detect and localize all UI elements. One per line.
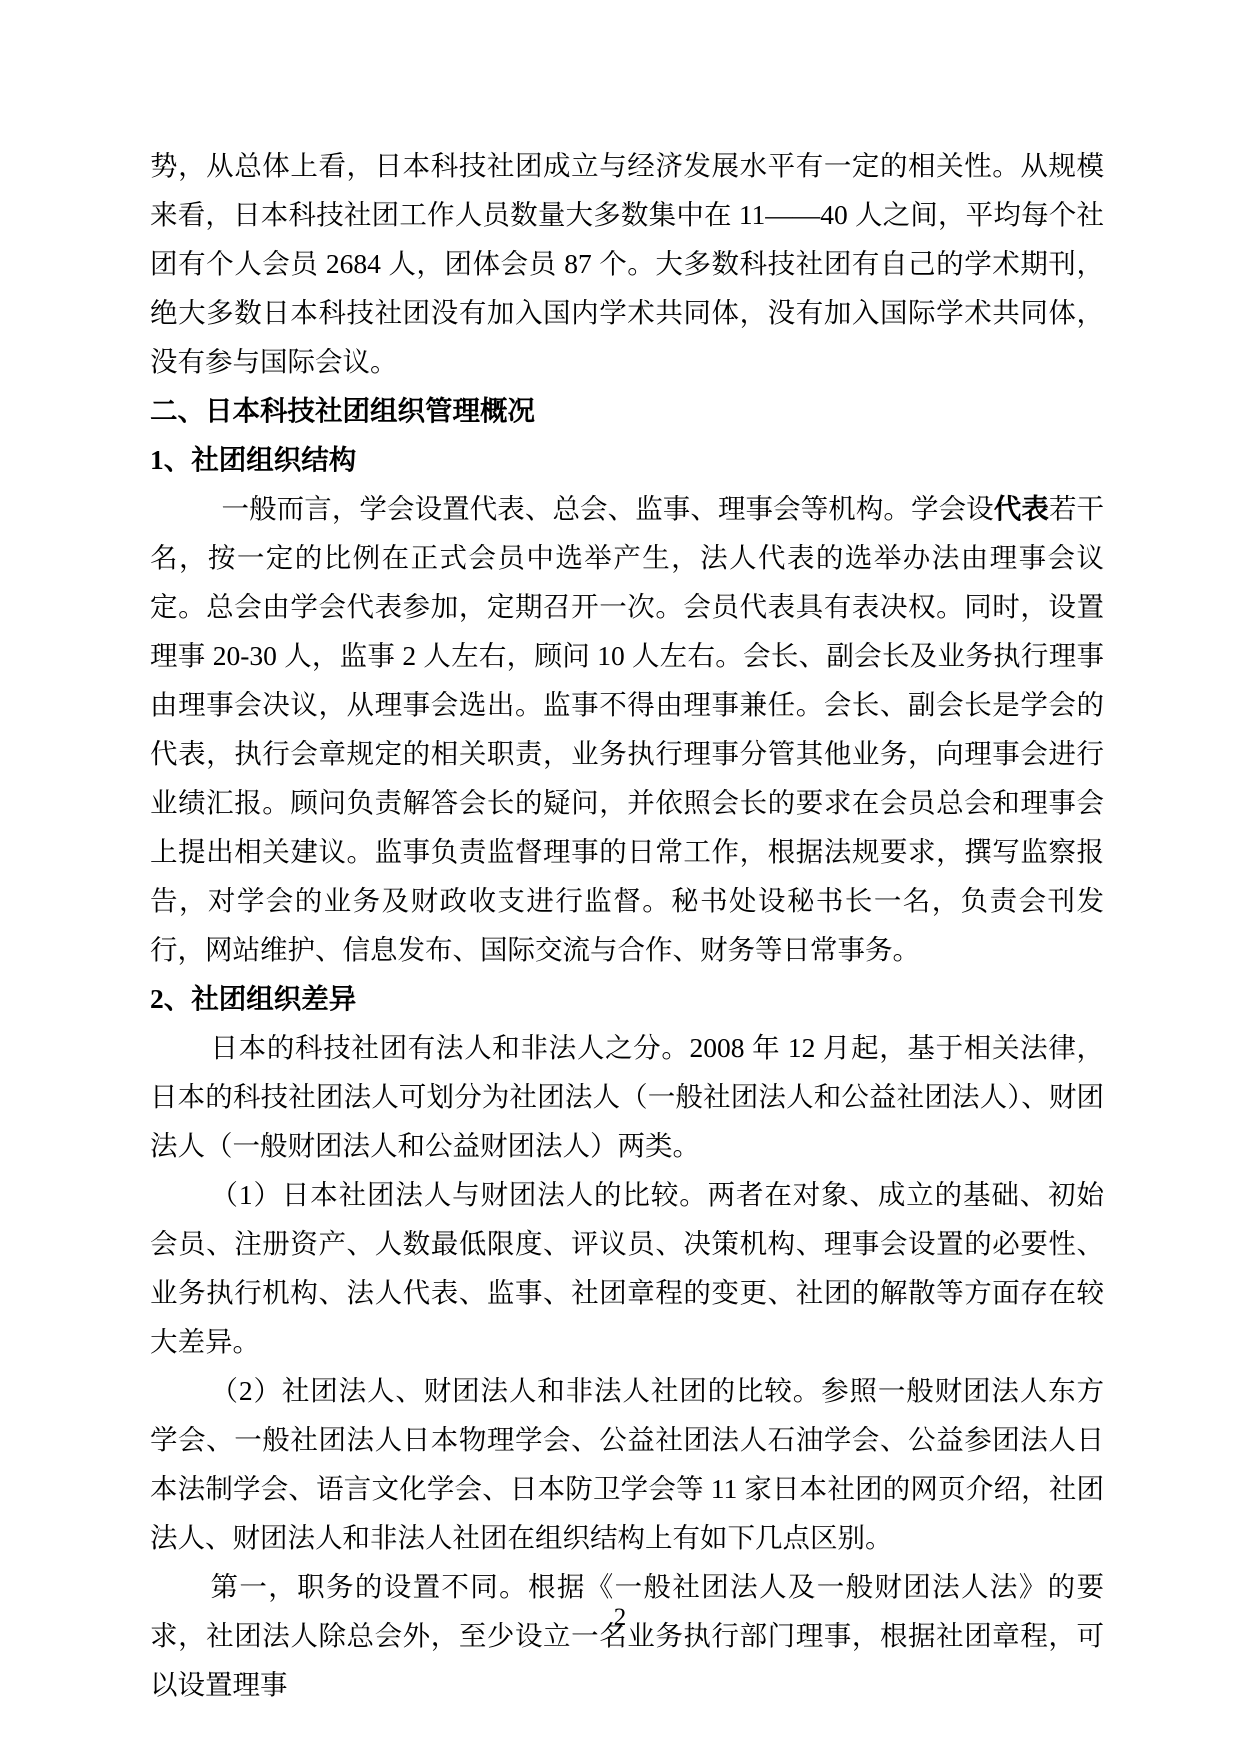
paragraph-comparison-1: （1）日本社团法人与财团法人的比较。两者在对象、成立的基础、初始会员、注册资产、… [150,1170,1104,1366]
paragraph-first-difference: 第一，职务的设置不同。根据《一般社团法人及一般财团法人法》的要求，社团法人除总会… [150,1562,1104,1709]
subsection-heading-1: 1、社团组织结构 [150,435,1104,484]
paragraph-comparison-2: （2）社团法人、财团法人和非法人社团的比较。参照一般财团法人东方学会、一般社团法… [150,1366,1104,1562]
section-heading: 二、日本科技社团组织管理概况 [150,386,1104,435]
document-page: 势，从总体上看，日本科技社团成立与经济发展水平有一定的相关性。从规模来看，日本科… [0,0,1240,1753]
paragraph-org-structure: 一般而言，学会设置代表、总会、监事、理事会等机构。学会设代表若干名，按一定的比例… [150,484,1104,974]
page-number: 2 [0,1603,1240,1633]
paragraph-org-structure-seg3: 若干名，按一定的比例在正式会员中选举产生，法人代表的选举办法由理事会议定。总会由… [150,493,1104,965]
paragraph-legal-types: 日本的科技社团有法人和非法人之分。2008 年 12 月起，基于相关法律，日本的… [150,1023,1104,1170]
document-body: 势，从总体上看，日本科技社团成立与经济发展水平有一定的相关性。从规模来看，日本科… [150,141,1104,1709]
paragraph-org-structure-bold-term: 代表 [994,493,1049,524]
paragraph-org-structure-seg1: 一般而言，学会设置代表、总会、监事、理事会等机构。学会设 [222,493,994,524]
subsection-heading-2: 2、社团组织差异 [150,974,1104,1023]
paragraph-continuation: 势，从总体上看，日本科技社团成立与经济发展水平有一定的相关性。从规模来看，日本科… [150,141,1104,386]
